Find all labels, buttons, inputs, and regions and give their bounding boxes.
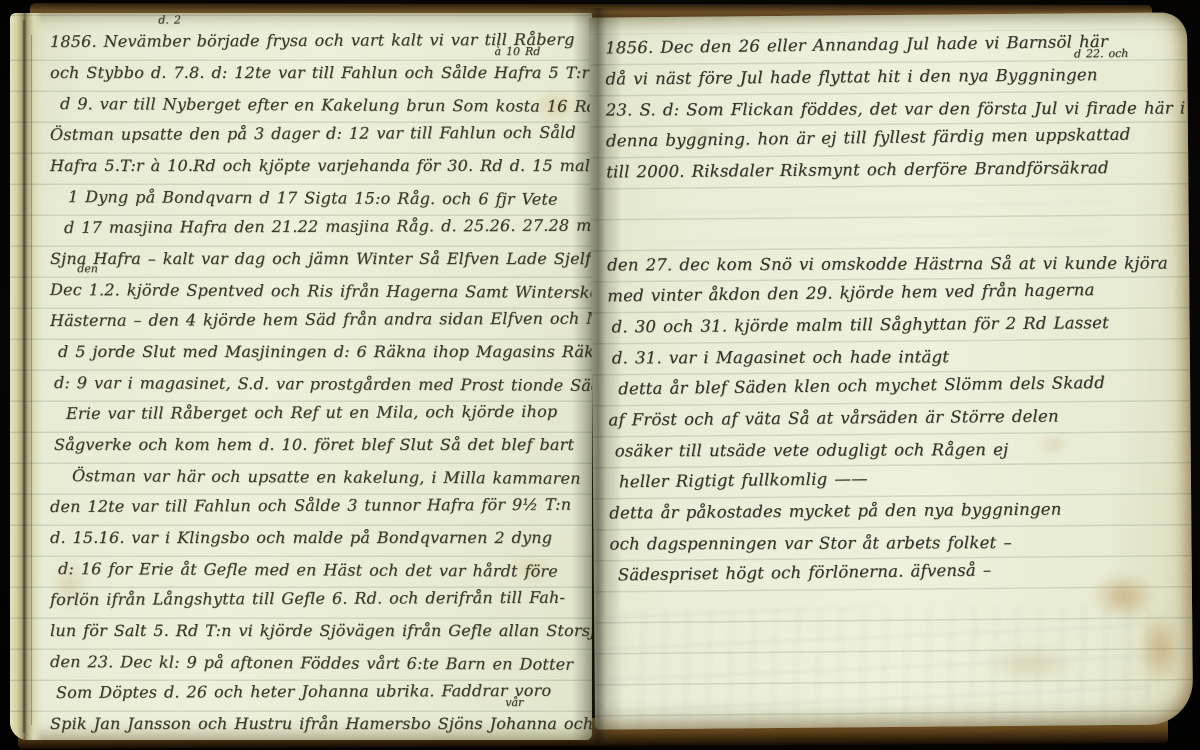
handwritten-line: d 22. och då vi näst före Jul hade flytt… <box>605 60 1163 96</box>
line-text: d 5 jorde Slut med Masjiningen d: 6 Räkn… <box>58 342 592 361</box>
handwritten-line: d 5 jorde Slut med Masjiningen d: 6 Räkn… <box>50 337 592 368</box>
interlinear-note: d 22. och <box>1074 48 1129 60</box>
handwritten-line: heller Rigtigt fullkomlig —— <box>609 460 1167 498</box>
handwritten-line: d. 30 och 31. kjörde malm till Såghyttan… <box>607 308 1165 344</box>
line-text: den 23. Dec kl: 9 på aftonen Föddes vårt… <box>50 652 573 674</box>
line-text: Dec 1.2. kjörde Spentved och Ris ifrån H… <box>50 280 592 302</box>
line-text: 1856. Dec den 26 eller Annandag Jul hade… <box>605 32 1108 58</box>
line-text: lun för Salt 5. Rd T:n vi kjörde Sjöväge… <box>50 621 592 640</box>
handwritten-line: Östman upsatte den på 3 dager d: 12 var … <box>50 118 592 151</box>
handwritten-line: à 10 Rd och Stybbo d. 7.8. d: 12te var t… <box>50 58 592 89</box>
line-text: Östman upsatte den på 3 dager d: 12 var … <box>50 123 576 144</box>
line-text: Spik Jan Jansson och Hustru ifrån Hamers… <box>50 714 592 733</box>
line-text: Hafra 5.T:r à 10.Rd och kjöpte varjehand… <box>50 156 592 175</box>
handwritten-line: den 12te var till Fahlun och Sålde 3 tun… <box>50 490 592 523</box>
line-text: d 9. var till Nyberget efter en Kakelung… <box>60 94 592 116</box>
line-text: Sädespriset högt och förlönerna. äfvenså… <box>618 560 992 584</box>
line-text: till 2000. Riksdaler Riksmynt och derför… <box>606 158 1109 181</box>
handwritten-line: till 2000. Riksdaler Riksmynt och derför… <box>606 153 1164 189</box>
handwritten-line: vår Spik Jan Jansson och Hustru ifrån Ha… <box>50 709 592 740</box>
line-text: Sjna Hafra – kalt var dag och jämn Winte… <box>50 249 591 268</box>
line-text: forlön ifrån Långshytta till Gefle 6. Rd… <box>50 588 565 609</box>
line-text: den 12te var till Fahlun och Sålde 3 tun… <box>50 495 571 516</box>
handwritten-text-left: d. 2 1856. Nevämber började frysa och va… <box>50 27 592 740</box>
handwritten-text-right: 1856. Dec den 26 eller Annandag Jul hade… <box>605 29 1168 592</box>
line-text: af Fröst och af väta Så at vårsäden är S… <box>608 407 1059 430</box>
handwritten-line: forlön ifrån Långshytta till Gefle 6. Rd… <box>50 583 592 616</box>
handwritten-line: af Fröst och af väta Så at vårsäden är S… <box>608 401 1166 437</box>
line-text: d: 9 var i magasinet, S.d. var prostgård… <box>54 373 592 395</box>
handwritten-line: med vinter åkdon den 29. kjörde hem ved … <box>607 274 1165 312</box>
line-text: d 17 masjina Hafra den 21.22 masjina Råg… <box>64 216 592 237</box>
line-text: Hästerna – den 4 kjörde hem Säd från and… <box>50 308 592 330</box>
interlinear-note: à 10 Rd <box>494 46 540 58</box>
line-text: detta år blef Säden klen och mychet Slöm… <box>618 373 1105 398</box>
handwritten-line: Sjna Hafra – kalt var dag och jämn Winte… <box>50 244 592 275</box>
line-text: denna byggning. hon är ej till fyllest f… <box>606 125 1131 151</box>
handwritten-line: Sågverke och kom hem d. 10. föret blef S… <box>50 430 592 461</box>
line-text: 23. S. d: Som Flickan föddes, det var de… <box>606 98 1186 119</box>
line-text: med vinter åkdon den 29. kjörde hem ved … <box>607 280 1095 305</box>
left-page: d. 2 1856. Nevämber började frysa och va… <box>10 13 592 740</box>
line-text: d. 15.16. var i Klingsbo och malde på Bo… <box>50 528 552 547</box>
handwritten-line: d. 15.16. var i Klingsbo och malde på Bo… <box>50 523 592 554</box>
line-text: osäker till utsäde vete odugligt och Råg… <box>615 440 1009 460</box>
handwritten-line: Hästerna – den 4 kjörde hem Säd från and… <box>50 304 592 337</box>
line-text: Erie var till Råberget och Ref ut en Mil… <box>66 402 557 423</box>
line-text: och dagspenningen var Stor åt arbets fol… <box>609 533 1011 553</box>
handwritten-line: Hafra 5.T:r à 10.Rd och kjöpte varjehand… <box>50 151 592 182</box>
line-text: då vi näst före Jul hade flyttat hit i d… <box>605 65 1097 88</box>
line-text: Östman var här och upsatte en kakelung, … <box>72 466 581 488</box>
handwritten-line: Sädespriset högt och förlönerna. äfvenså… <box>610 553 1168 591</box>
handwritten-line: lun för Salt 5. Rd T:n vi kjörde Sjöväge… <box>50 616 592 647</box>
line-text: 1 Dyng på Bondqvarn d 17 Sigta 15:o Råg.… <box>68 187 558 209</box>
handwritten-line: Erie var till Råberget och Ref ut en Mil… <box>50 397 592 430</box>
line-text: d: 16 for Erie åt Gefle med en Häst och … <box>58 559 558 581</box>
handwritten-line: detta år påkostades mycket på den nya by… <box>609 494 1167 530</box>
line-text: och Stybbo d. 7.8. d: 12te var till Fahl… <box>50 63 589 82</box>
handwritten-line: denna byggning. hon är ej till fyllest f… <box>606 119 1164 157</box>
line-text: Som Döptes d. 26 och heter Johanna ubrik… <box>56 681 551 702</box>
line-text: detta år påkostades mycket på den nya by… <box>609 500 1061 523</box>
interlinear-note: d. 2 <box>158 14 181 26</box>
interlinear-note: vår <box>505 697 523 709</box>
line-text: d. 31. var i Magasinet och hade intägt <box>612 347 949 367</box>
right-page: 1856. Dec den 26 eller Annandag Jul hade… <box>589 12 1193 729</box>
handwritten-line: d 17 masjina Hafra den 21.22 masjina Råg… <box>50 211 592 244</box>
diary-photo: d. 2 1856. Nevämber började frysa och va… <box>0 0 1200 750</box>
interlinear-note: den <box>77 263 98 275</box>
line-text: heller Rigtigt fullkomlig —— <box>619 469 868 491</box>
handwritten-line: detta år blef Säden klen och mychet Slöm… <box>608 367 1166 405</box>
line-text: d. 30 och 31. kjörde malm till Såghyttan… <box>612 313 1109 336</box>
line-text: Sågverke och kom hem d. 10. föret blef S… <box>54 435 574 454</box>
line-text: den 27. dec kom Snö vi omskodde Hästrna … <box>607 254 1168 275</box>
